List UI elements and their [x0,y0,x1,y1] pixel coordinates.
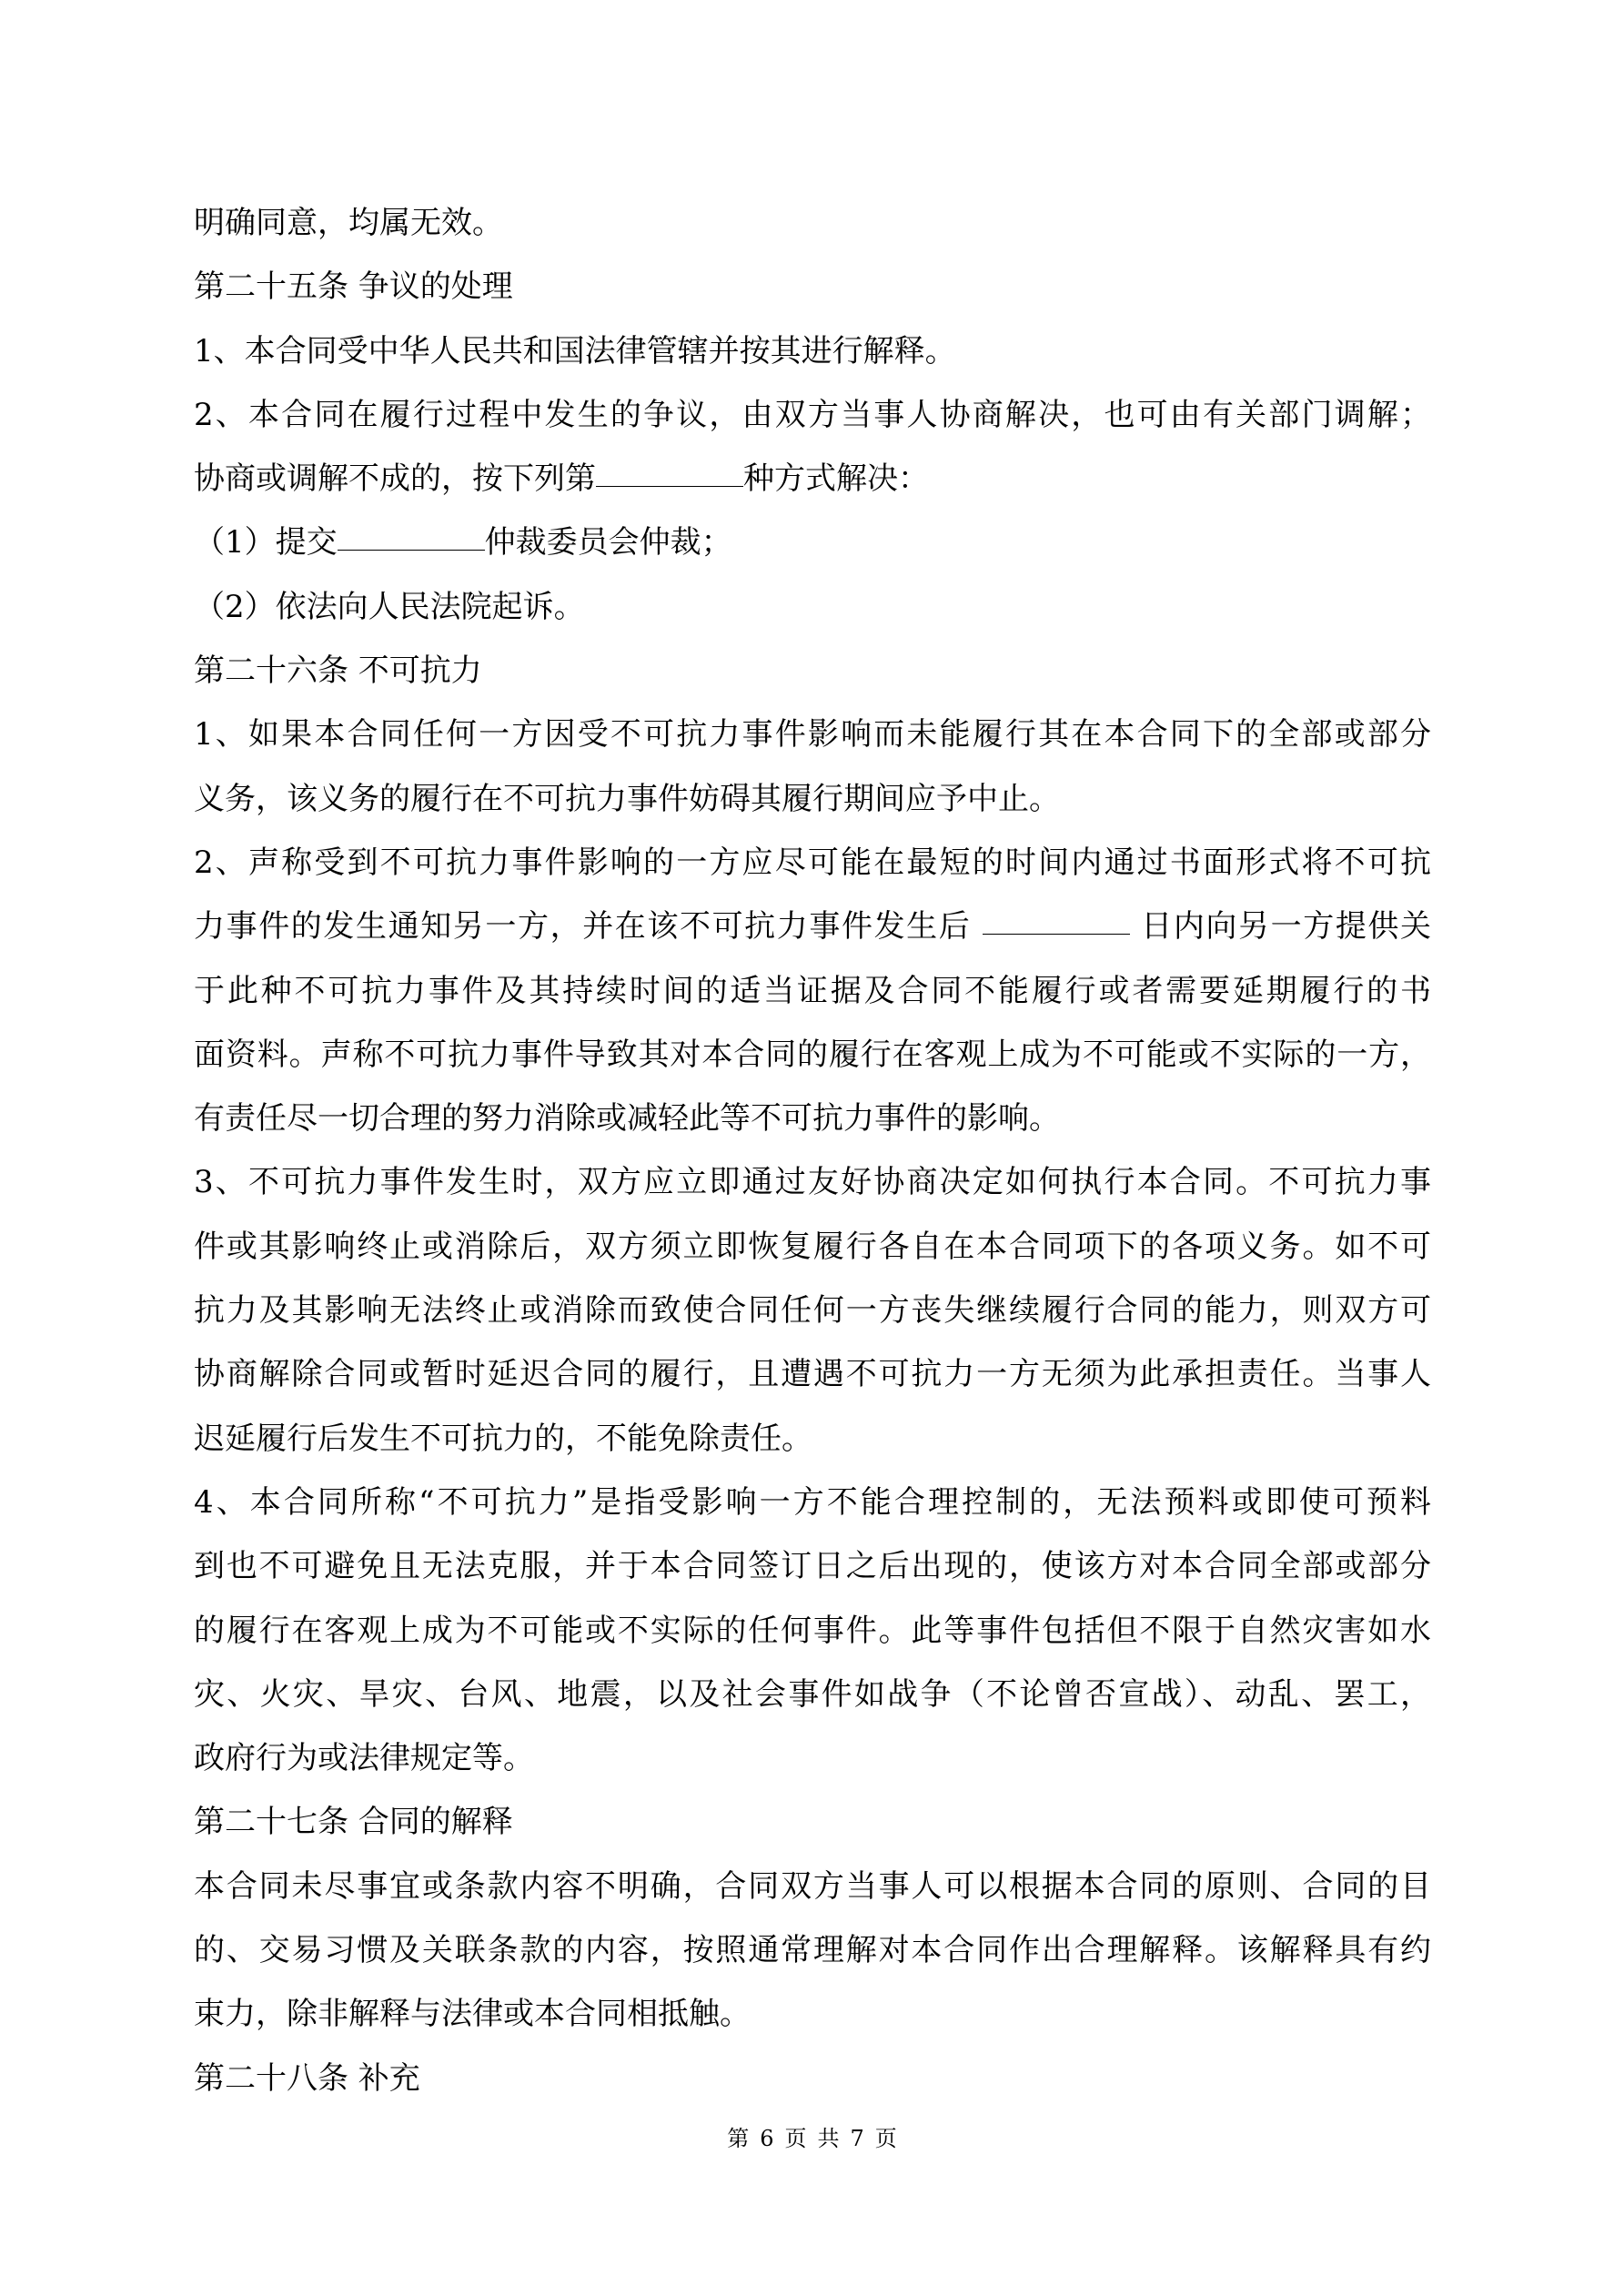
article-25-heading: 第二十五条 争议的处理 [194,255,1431,319]
paragraph-line: （2）依法向人民法院起诉。 [194,575,1431,639]
paragraph-line: 1、本合同受中华人民共和国法律管辖并按其进行解释。 [194,319,1431,383]
article-28-heading: 第二十八条 补充 [194,2047,1431,2110]
text-segment: 种方式解决： [743,460,929,497]
paragraph-line: 有责任尽一切合理的努力消除或减轻此等不可抗力事件的影响。 [194,1087,1431,1150]
paragraph-line: 到也不可避免且无法克服，并于本合同签订日之后出现的，使该方对本合同全部或部分 [194,1534,1431,1598]
fill-in-blank-arbitration-commission[interactable] [338,522,485,551]
paragraph-line-with-blank: 协商或调解不成的，按下列第种方式解决： [194,447,1431,511]
text-segment: 仲裁委员会仲裁； [485,524,732,561]
fill-in-blank-method-number[interactable] [596,459,743,487]
paragraph-line: 3、不可抗力事件发生时，双方应立即通过友好协商决定如何执行本合同。不可抗力事 [194,1150,1431,1214]
page-footer: 第6页共7页 [0,2120,1624,2157]
footer-prefix: 第 [727,2126,749,2151]
text-segment: 力事件的发生通知另一方，并在该不可抗力事件发生后 [194,908,971,945]
paragraph-line: 灾、火灾、旱灾、台风、地震，以及社会事件如战争（不论曾否宣战）、动乱、罢工， [194,1663,1431,1726]
paragraph-line: 2、本合同在履行过程中发生的争议，由双方当事人协商解决，也可由有关部门调解； [194,383,1431,447]
paragraph-line: 迟延履行后发生不可抗力的，不能免除责任。 [194,1407,1431,1471]
current-page-number: 6 [760,2126,773,2151]
paragraph-line: 束力，除非解释与法律或本合同相抵触。 [194,1982,1431,2046]
paragraph-line: 政府行为或法律规定等。 [194,1726,1431,1790]
text-segment: 协商或调解不成的，按下列第 [194,460,596,497]
paragraph-line: 2、声称受到不可抗力事件影响的一方应尽可能在最短的时间内通过书面形式将不可抗 [194,831,1431,895]
paragraph-line-with-blank: 力事件的发生通知另一方，并在该不可抗力事件发生后 日内向另一方提供关 [194,895,1431,958]
footer-total-word: 共 [818,2126,840,2151]
article-26-heading: 第二十六条 不可抗力 [194,639,1431,703]
paragraph-line: 面资料。声称不可抗力事件导致其对本合同的履行在客观上成为不可能或不实际的一方， [194,1023,1431,1087]
paragraph-line: 抗力及其影响无法终止或消除而致使合同任何一方丧失继续履行合同的能力，则双方可 [194,1279,1431,1342]
paragraph-line: 1、如果本合同任何一方因受不可抗力事件影响而未能履行其在本合同下的全部或部分 [194,703,1431,766]
paragraph-line: 的履行在客观上成为不可能或不实际的任何事件。此等事件包括但不限于自然灾害如水 [194,1599,1431,1663]
fill-in-blank-days[interactable] [983,906,1130,935]
article-27-heading: 第二十七条 合同的解释 [194,1790,1431,1854]
footer-page-word: 页 [785,2126,807,2151]
text-segment: （1）提交 [194,524,338,561]
paragraph-line: 协商解除合同或暂时延迟合同的履行，且遭遇不可抗力一方无须为此承担责任。当事人 [194,1342,1431,1406]
paragraph-line: 本合同未尽事宜或条款内容不明确，合同双方当事人可以根据本合同的原则、合同的目 [194,1855,1431,1918]
text-segment: 日内向另一方提供关 [1141,908,1431,945]
paragraph-line: 4、本合同所称“不可抗力”是指受影响一方不能合理控制的，无法预料或即使可预料 [194,1471,1431,1534]
total-pages-number: 7 [851,2126,864,2151]
paragraph-line: 件或其影响终止或消除后，双方须立即恢复履行各自在本合同项下的各项义务。如不可 [194,1215,1431,1279]
paragraph-line: 的、交易习惯及关联条款的内容，按照通常理解对本合同作出合理解释。该解释具有约 [194,1918,1431,1982]
paragraph-line: 明确同意，均属无效。 [194,191,1431,255]
paragraph-line: 义务，该义务的履行在不可抗力事件妨碍其履行期间应予中止。 [194,767,1431,831]
paragraph-line-with-blank: （1）提交仲裁委员会仲裁； [194,511,1431,574]
contract-body: 明确同意，均属无效。 第二十五条 争议的处理 1、本合同受中华人民共和国法律管辖… [194,191,1431,2110]
paragraph-line: 于此种不可抗力事件及其持续时间的适当证据及合同不能履行或者需要延期履行的书 [194,959,1431,1023]
footer-suffix: 页 [875,2126,897,2151]
document-page: 明确同意，均属无效。 第二十五条 争议的处理 1、本合同受中华人民共和国法律管辖… [0,0,1624,2296]
